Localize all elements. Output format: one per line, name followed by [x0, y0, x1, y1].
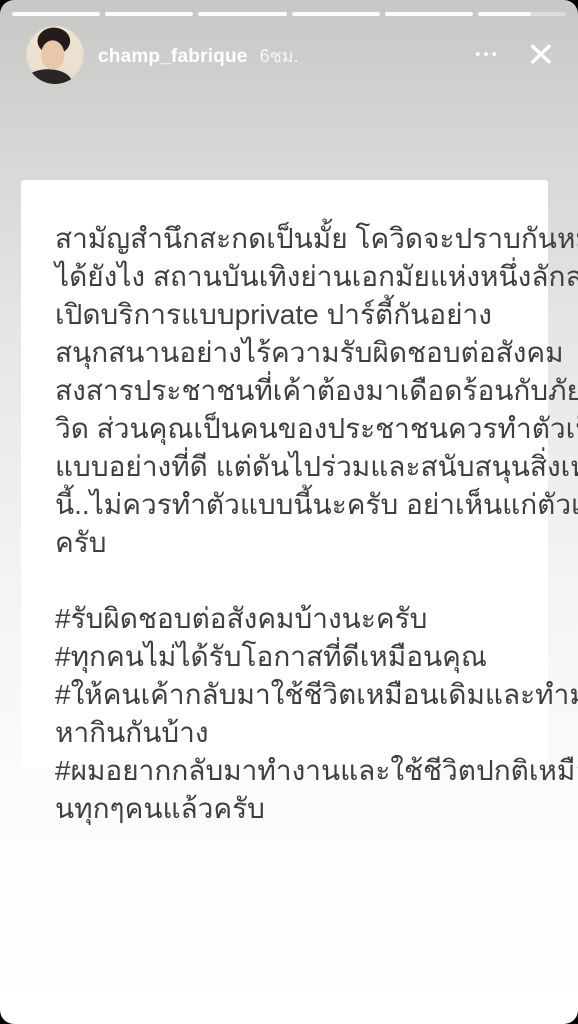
story-progress-segment[interactable] [478, 12, 566, 16]
story-view[interactable]: champ_fabrique 6ชม. ••• ✕ สามัญสำนึกสะกด… [0, 0, 578, 1024]
story-timestamp: 6ชม. [260, 41, 299, 70]
paragraph-line: ครับ [55, 524, 526, 562]
story-progress-segment[interactable] [198, 12, 286, 16]
paragraph-line: สงสารประชาชนที่เค้าต้องมาเดือดร้อนกับภัย… [55, 372, 526, 410]
paragraph-spacer [55, 562, 526, 600]
paragraph-block: สามัญสำนึกสะกดเป็นมั้ย โควิดจะปราบกันหมด… [55, 220, 526, 562]
paragraph-line: สามัญสำนึกสะกดเป็นมั้ย โควิดจะปราบกันหมด [55, 220, 526, 258]
paragraph-line: นี้..ไม่ควรทำตัวแบบนี้นะครับ อย่าเห็นแก่… [55, 486, 526, 524]
more-options-icon[interactable]: ••• [469, 40, 506, 70]
story-progress-segment[interactable] [292, 12, 380, 16]
header-texts: champ_fabrique 6ชม. [98, 41, 299, 70]
story-progress-bar [12, 12, 566, 16]
paragraph-line: แบบอย่างที่ดี แต่ดันไปร่วมและสนับสนุนสิ่… [55, 448, 526, 486]
paragraph-line: วิด ส่วนคุณเป็นคนของประชาชนควรทำตัวเป็น [55, 410, 526, 448]
hashtag-block: #รับผิดชอบต่อสังคมบ้างนะครับ#ทุกคนไม่ได้… [55, 600, 526, 828]
username[interactable]: champ_fabrique [98, 46, 248, 68]
hashtag-line: นทุกๆคนแล้วครับ [55, 790, 526, 828]
story-progress-segment[interactable] [385, 12, 473, 16]
hashtag-line: #รับผิดชอบต่อสังคมบ้างนะครับ [55, 600, 526, 638]
story-progress-segment[interactable] [12, 12, 100, 16]
avatar[interactable] [26, 26, 84, 84]
hashtag-line: หากินกันบ้าง [55, 714, 526, 752]
hashtag-line: #ให้คนเค้ากลับมาใช้ชีวิตเหมือนเดิมและทำม… [55, 676, 526, 714]
paragraph-line: ได้ยังไง สถานบันเทิงย่านเอกมัยแห่งหนึ่งล… [55, 258, 526, 296]
paragraph-line: เปิดบริการแบบprivate ปาร์ตี้กันอย่าง [55, 296, 526, 334]
story-progress-segment[interactable] [105, 12, 193, 16]
paragraph-line: สนุกสนานอย่างไร้ความรับผิดชอบต่อสังคม [55, 334, 526, 372]
story-text-content: สามัญสำนึกสะกดเป็นมั้ย โควิดจะปราบกันหมด… [21, 180, 548, 828]
header-actions: ••• ✕ [469, 37, 562, 73]
story-text-card: สามัญสำนึกสะกดเป็นมั้ย โควิดจะปราบกันหมด… [21, 180, 548, 768]
hashtag-line: #ผมอยากกลับมาทำงานและใช้ชีวิตปกติเหมือ [55, 752, 526, 790]
close-icon[interactable]: ✕ [520, 38, 562, 72]
story-header: champ_fabrique 6ชม. ••• ✕ [26, 26, 562, 84]
hashtag-line: #ทุกคนไม่ได้รับโอกาสที่ดีเหมือนคุณ [55, 638, 526, 676]
